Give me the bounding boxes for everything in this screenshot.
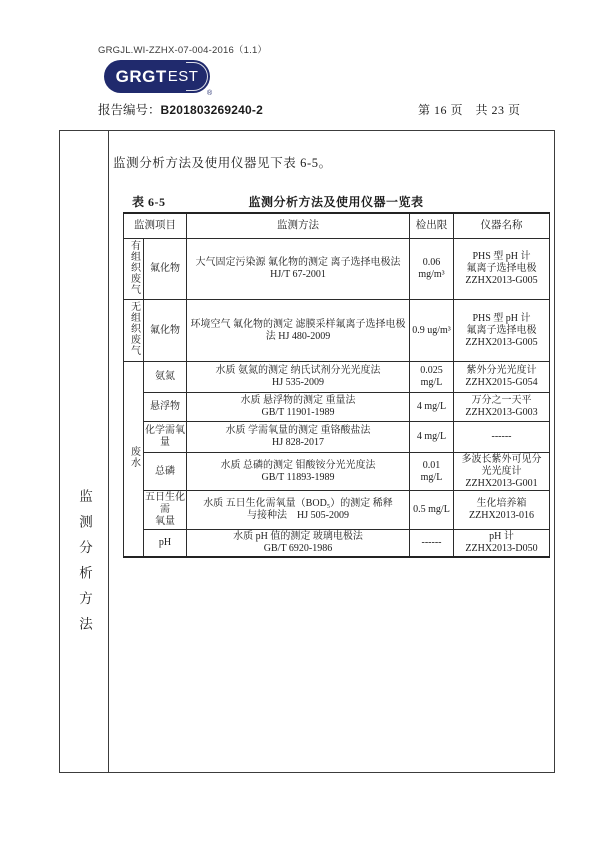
section-title-vertical: 监测分析方法: [74, 489, 94, 642]
grgtest-logo: GRGTEST: [104, 60, 210, 93]
limit-cell: ------: [410, 529, 454, 557]
group-label: 有组织废气: [129, 240, 139, 295]
table-row: 废水 氨氮 水质 氨氮的测定 纳氏试剂分光光度法 HJ 535-2009 0.0…: [124, 362, 550, 393]
method-cell: 水质 总磷的测定 钼酸铵分光光度法 GB/T 11893-1989: [187, 453, 410, 491]
limit-cell: 4 mg/L: [410, 422, 454, 453]
item-cell: 化学需氧量: [144, 422, 187, 453]
header-item: 监测项目: [124, 213, 187, 238]
limit-cell: 4 mg/L: [410, 393, 454, 422]
item-cell: pH: [144, 529, 187, 557]
header-method: 监测方法: [187, 213, 410, 238]
registered-trademark-symbol: ®: [207, 90, 212, 97]
report-number-value: B201803269240-2: [161, 103, 263, 117]
table-6-5: 表 6-5 监测分析方法及使用仪器一览表 监测项目 监测方法 检出限 仪器名称: [123, 193, 549, 558]
method-cell: 水质 五日生化需氧量（BOD₅）的测定 稀释 与接种法 HJ 505-2009: [187, 491, 410, 529]
group-label: 废水: [129, 446, 139, 468]
table-caption-title: 监测分析方法及使用仪器一览表: [248, 195, 423, 209]
table-row: 悬浮物 水质 悬浮物的测定 重量法 GB/T 11901-1989 4 mg/L…: [124, 393, 550, 422]
table-caption: 表 6-5 监测分析方法及使用仪器一览表: [123, 193, 549, 212]
report-page: { "page": { "doc_code": "GRGJL.WI-ZZHX-0…: [0, 0, 612, 865]
report-number-label: 报告编号：: [98, 103, 161, 117]
header-limit: 检出限: [410, 213, 454, 238]
table-row: 总磷 水质 总磷的测定 钼酸铵分光光度法 GB/T 11893-1989 0.0…: [124, 453, 550, 491]
method-cell: 大气固定污染源 氟化物的测定 离子选择电极法 HJ/T 67-2001: [187, 238, 410, 300]
instrument-cell: ------: [454, 422, 550, 453]
item-cell: 总磷: [144, 453, 187, 491]
section-body: 监测分析方法及使用仪器见下表 6-5。 表 6-5 监测分析方法及使用仪器一览表…: [110, 131, 554, 772]
limit-cell: 0.025 mg/L: [410, 362, 454, 393]
instrument-cell: 生化培养箱 ZZHX2013-016: [454, 491, 550, 529]
document-code: GRGJL.WI-ZZHX-07-004-2016（1.1）: [98, 42, 267, 56]
table-row: pH 水质 pH 值的测定 玻璃电极法 GB/T 6920-1986 -----…: [124, 529, 550, 557]
table-row: 有组织废气 氟化物 大气固定污染源 氟化物的测定 离子选择电极法 HJ/T 67…: [124, 238, 550, 300]
table-caption-label: 表 6-5: [132, 193, 166, 210]
item-cell: 氟化物: [144, 238, 187, 300]
instrument-cell: 多波长紫外可见分 光光度计 ZZHX2013-G001: [454, 453, 550, 491]
limit-cell: 0.01 mg/L: [410, 453, 454, 491]
logo-text-bold: GRGT: [116, 67, 167, 87]
header-instrument: 仪器名称: [454, 213, 550, 238]
table-header-row: 监测项目 监测方法 检出限 仪器名称: [124, 213, 550, 238]
item-cell: 五日生化需 氧量: [144, 491, 187, 529]
limit-cell: 0.9 ug/m³: [410, 300, 454, 362]
group-cell-organized-gas: 有组织废气: [124, 238, 144, 300]
method-cell: 环境空气 氟化物的测定 滤膜采样氟离子选择电极 法 HJ 480-2009: [187, 300, 410, 362]
instrument-cell: 紫外分光光度计 ZZHX2015-G054: [454, 362, 550, 393]
page-number-indicator: 第 16 页 共 23 页: [418, 101, 521, 118]
instrument-cell: pH 计 ZZHX2013-D050: [454, 529, 550, 557]
monitoring-methods-table: 监测项目 监测方法 检出限 仪器名称 有组织废气 氟化物 大气固定污染源 氟化物…: [123, 212, 550, 558]
group-cell-unorganized-gas: 无组织废气: [124, 300, 144, 362]
content-frame: 监测分析方法 监测分析方法及使用仪器见下表 6-5。 表 6-5 监测分析方法及…: [59, 130, 555, 773]
item-cell: 悬浮物: [144, 393, 187, 422]
method-cell: 水质 pH 值的测定 玻璃电极法 GB/T 6920-1986: [187, 529, 410, 557]
table-row: 化学需氧量 水质 学需氧量的测定 重铬酸盐法 HJ 828-2017 4 mg/…: [124, 422, 550, 453]
group-cell-wastewater: 废水: [124, 362, 144, 558]
limit-cell: 0.5 mg/L: [410, 491, 454, 529]
intro-sentence: 监测分析方法及使用仪器见下表 6-5。: [113, 153, 332, 171]
method-cell: 水质 学需氧量的测定 重铬酸盐法 HJ 828-2017: [187, 422, 410, 453]
instrument-cell: PHS 型 pH 计 氟离子选择电极 ZZHX2013-G005: [454, 238, 550, 300]
section-sidebar: 监测分析方法: [60, 131, 109, 772]
limit-cell: 0.06 mg/m³: [410, 238, 454, 300]
table-row: 无组织废气 氟化物 环境空气 氟化物的测定 滤膜采样氟离子选择电极 法 HJ 4…: [124, 300, 550, 362]
instrument-cell: PHS 型 pH 计 氟离子选择电极 ZZHX2013-G005: [454, 300, 550, 362]
method-cell: 水质 氨氮的测定 纳氏试剂分光光度法 HJ 535-2009: [187, 362, 410, 393]
instrument-cell: 万分之一天平 ZZHX2013-G003: [454, 393, 550, 422]
table-row: 五日生化需 氧量 水质 五日生化需氧量（BOD₅）的测定 稀释 与接种法 HJ …: [124, 491, 550, 529]
group-label: 无组织废气: [129, 301, 139, 356]
item-cell: 氨氮: [144, 362, 187, 393]
item-cell: 氟化物: [144, 300, 187, 362]
logo-text-light: EST: [168, 68, 199, 85]
method-cell: 水质 悬浮物的测定 重量法 GB/T 11901-1989: [187, 393, 410, 422]
